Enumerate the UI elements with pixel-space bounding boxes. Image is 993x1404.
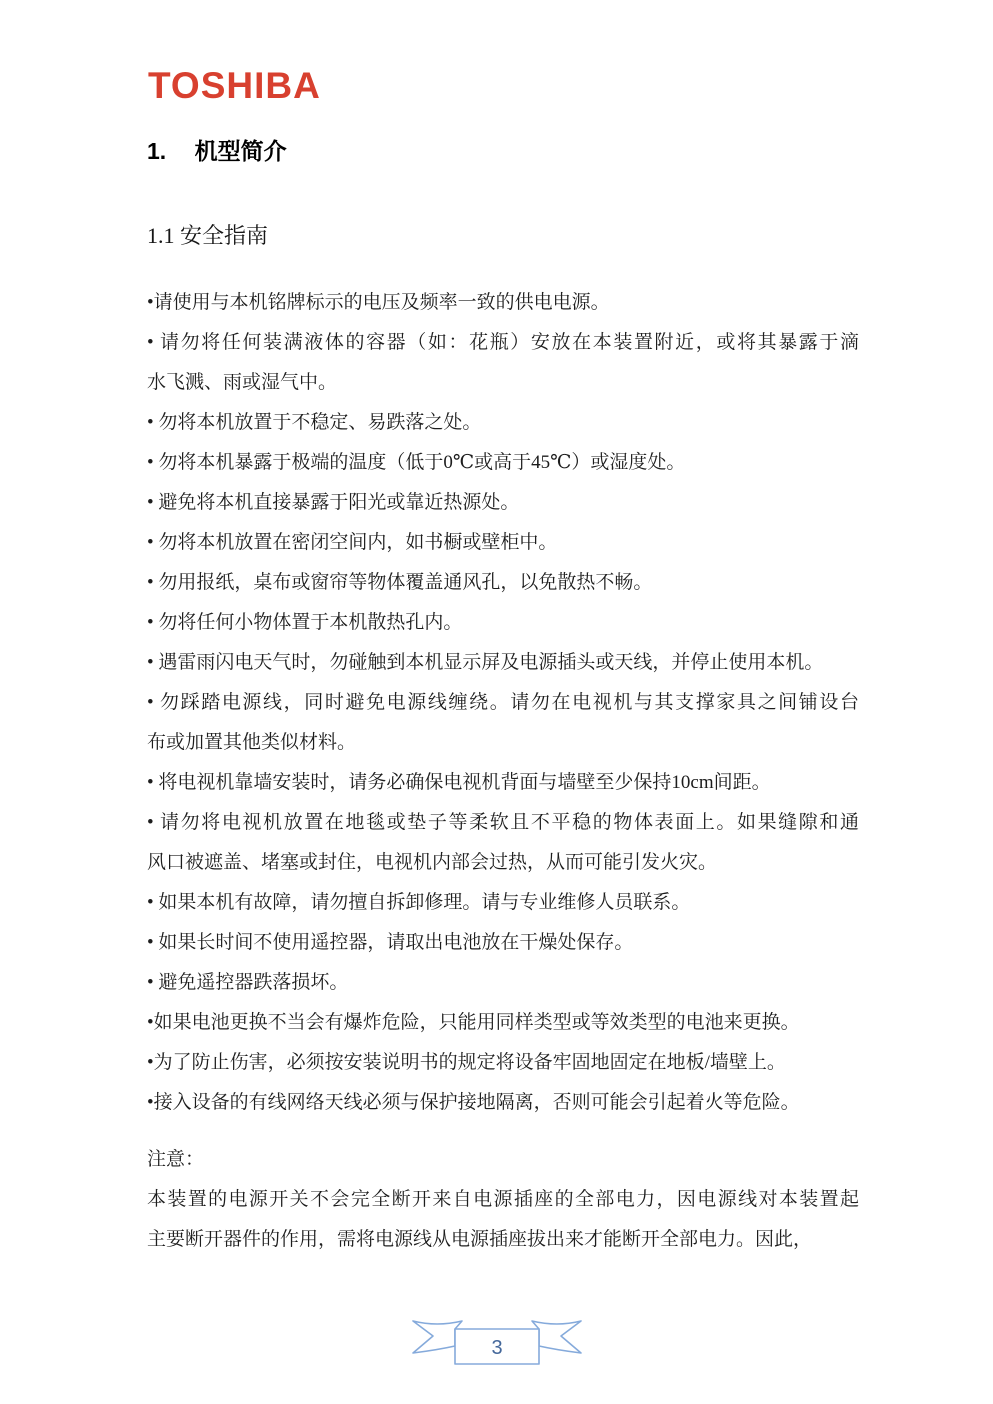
safety-item-line: 布或加置其他类似材料。 (147, 723, 859, 763)
safety-item-line: •接入设备的有线网络天线必须与保护接地隔离，否则可能会引起着火等危险。 (147, 1083, 859, 1123)
notice-line: 主要断开器件的作用，需将电源线从电源插座拔出来才能断开全部电力。因此， (147, 1220, 859, 1260)
page-number: 3 (491, 1337, 502, 1359)
subsection-heading: 1.1 安全指南 (147, 222, 268, 249)
safety-item-line: • 遇雷雨闪电天气时，勿碰触到本机显示屏及电源插头或天线，并停止使用本机。 (147, 643, 859, 683)
ribbon-banner-graphic: 3 (407, 1313, 593, 1385)
notice-line: 本装置的电源开关不会完全断开来自电源插座的全部电力，因电源线对本装置起 (147, 1180, 859, 1220)
safety-item-line: • 将电视机靠墙安装时，请务必确保电视机背面与墙壁至少保持10cm间距。 (147, 763, 859, 803)
document-page: TOSHIBA 1. 机型简介 1.1 安全指南 •请使用与本机铭牌标示的电压及… (0, 0, 993, 1404)
safety-item-line: •为了防止伤害，必须按安装说明书的规定将设备牢固地固定在地板/墙壁上。 (147, 1043, 859, 1083)
safety-item-line: • 勿将本机放置于不稳定、易跌落之处。 (147, 403, 859, 443)
safety-item-line: • 避免遥控器跌落损坏。 (147, 963, 859, 1003)
safety-item-line: • 避免将本机直接暴露于阳光或靠近热源处。 (147, 483, 859, 523)
safety-item-line: • 请勿将电视机放置在地毯或垫子等柔软且不平稳的物体表面上。如果缝隙和通 (147, 803, 859, 843)
safety-item-line: • 勿将本机放置在密闭空间内，如书橱或壁柜中。 (147, 523, 859, 563)
safety-item-line: • 勿将任何小物体置于本机散热孔内。 (147, 603, 859, 643)
safety-item-line: • 如果长时间不使用遥控器，请取出电池放在干燥处保存。 (147, 923, 859, 963)
safety-item-line: •请使用与本机铭牌标示的电压及频率一致的供电电源。 (147, 283, 859, 323)
safety-item-line: 水飞溅、雨或湿气中。 (147, 363, 859, 403)
section-number: 1. (147, 137, 166, 165)
safety-item-line: •如果电池更换不当会有爆炸危险，只能用同样类型或等效类型的电池来更换。 (147, 1003, 859, 1043)
safety-item-line: • 勿踩踏电源线，同时避免电源线缠绕。请勿在电视机与其支撑家具之间铺设台 (147, 683, 859, 723)
safety-item-line: 风口被遮盖、堵塞或封住，电视机内部会过热，从而可能引发火灾。 (147, 843, 859, 883)
section-heading: 1. 机型简介 (147, 137, 287, 165)
safety-item-line: • 勿用报纸，桌布或窗帘等物体覆盖通风孔，以免散热不畅。 (147, 563, 859, 603)
safety-guidelines-list: •请使用与本机铭牌标示的电压及频率一致的供电电源。• 请勿将任何装满液体的容器（… (147, 283, 859, 1123)
toshiba-logo: TOSHIBA (148, 67, 321, 104)
safety-item-line: • 勿将本机暴露于极端的温度（低于0℃或高于45℃）或湿度处。 (147, 443, 859, 483)
notice-section: 注意： 本装置的电源开关不会完全断开来自电源插座的全部电力，因电源线对本装置起主… (147, 1140, 859, 1260)
page-number-ribbon: 3 (407, 1313, 593, 1385)
notice-label: 注意： (147, 1140, 859, 1180)
notice-body: 本装置的电源开关不会完全断开来自电源插座的全部电力，因电源线对本装置起主要断开器… (147, 1180, 859, 1260)
section-title: 机型简介 (195, 138, 287, 164)
safety-item-line: • 请勿将任何装满液体的容器（如：花瓶）安放在本装置附近，或将其暴露于滴 (147, 323, 859, 363)
safety-item-line: • 如果本机有故障，请勿擅自拆卸修理。请与专业维修人员联系。 (147, 883, 859, 923)
